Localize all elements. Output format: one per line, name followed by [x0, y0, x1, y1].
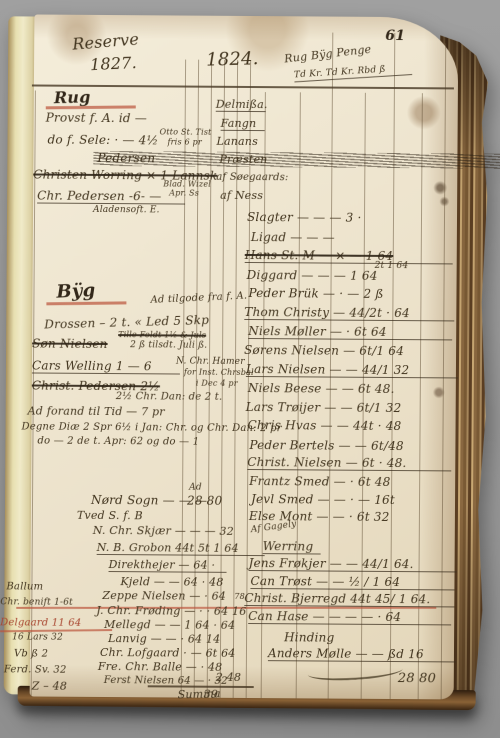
handwriting-entry: Lanvig — — · 64 14: [108, 633, 220, 646]
handwriting-entry: Anders Mølle — — ßd 16: [268, 647, 456, 662]
handwriting-entry: 1824.: [206, 49, 259, 70]
handwriting-entry: Lanans: [216, 136, 258, 148]
handwriting-entry: Niels Beese — — 6t 48.: [248, 382, 395, 396]
handwriting-entry: Tille Foldt 1½ & Juls: [118, 331, 206, 340]
handwriting-entry: Ad forand til Tid — 7 pr: [28, 405, 165, 418]
handwriting-entry: Jens Frøkjer — — 44/1 64.: [249, 557, 457, 573]
handwriting-entry: J. Chr. Frøding — · · 64 16: [96, 605, 246, 618]
handwriting-entry: 28 80: [398, 672, 436, 687]
handwriting-entry: 2t 1 64: [375, 262, 409, 272]
handwriting-entry: Can Trøst — — ½ / 1 64: [250, 575, 454, 591]
handwriting-entry: Otto St. Tist: [160, 128, 212, 137]
handwriting-entry: Lars Nielsen — — 44/1 32: [246, 363, 458, 379]
handwriting-entry: Slagter — — — 3 ·: [247, 211, 362, 225]
handwriting-layer: Reserve1827.1824.Rug Bÿg PengeTd Kr. Td …: [0, 0, 500, 738]
handwriting-entry: Søn Nielsen: [32, 337, 108, 351]
handwriting-entry: Niels Møller — · 6t 64: [248, 325, 452, 341]
handwriting-entry: Hans St. M — × — 1 64: [245, 249, 453, 265]
handwriting-entry: i Dec 4 pr: [196, 380, 238, 389]
handwriting-entry: Delgaard 11 64: [0, 617, 81, 629]
handwriting-entry: Rug: [54, 88, 91, 107]
handwriting-entry: Delmißa.: [216, 99, 266, 112]
handwriting-entry: Peder Brük — · — 2 ß: [248, 287, 383, 301]
handwriting-entry: 2½ Chr. Dan: de 2 t.: [116, 391, 223, 403]
handwriting-entry: do f. Sele: · — 4½: [47, 134, 158, 148]
handwriting-entry: Chr. benift 1-6t: [0, 598, 73, 608]
handwriting-entry: 2 ß tilsdt. Juli ß.: [130, 341, 207, 351]
handwriting-entry: N. Chr. Hamer: [176, 357, 245, 367]
handwriting-entry: Rug Bÿg Penge: [284, 44, 372, 66]
handwriting-entry: Ligad — — —: [251, 231, 335, 245]
handwriting-entry: 2 48: [216, 672, 241, 684]
ledger-book: Reserve1827.1824.Rug Bÿg PengeTd Kr. Td …: [4, 10, 495, 713]
handwriting-entry: Ballum: [6, 581, 43, 592]
handwriting-entry: Direkthejer — 64 ·: [109, 559, 227, 573]
handwriting-entry: Tved S. f. B: [77, 510, 143, 523]
handwriting-entry: do — 2 de t. Apr: 62 og do — 1: [37, 436, 199, 448]
handwriting-entry: Ferst Nielsen 64 — · 32: [104, 675, 228, 687]
handwriting-entry: Peder Bertels — — 6t/48: [249, 439, 403, 453]
handwriting-entry: Bÿg: [56, 281, 96, 303]
handwriting-entry: Jevl Smed — — · — 16t: [251, 493, 395, 507]
handwriting-entry: Chris Hvas — — 44t · 48: [248, 419, 402, 433]
handwriting-entry: Can Hase — — — — · 64: [248, 610, 451, 626]
handwriting-entry: Frantz Smed — · 6t 48: [249, 475, 390, 489]
handwriting-entry: Christ. Bjerregd 44t 45/ 1 64.: [244, 592, 454, 608]
handwriting-entry: Fangn: [221, 118, 265, 131]
handwriting-entry: Cars Welling 1 — 6: [32, 359, 180, 374]
handwriting-entry: Diggard — — — 1 64: [247, 269, 378, 283]
handwriting-entry: N. B. Grobon 44t 5t 1 64: [97, 542, 265, 556]
handwriting-entry: Præsten: [219, 154, 267, 166]
handwriting-entry: Hinding: [284, 631, 334, 645]
handwriting-entry: Pedersen: [97, 152, 500, 169]
handwriting-entry: N. Chr. Skjær — — — 32: [93, 525, 234, 538]
handwriting-entry: Mellegd — — 1 64 · 64: [104, 619, 235, 632]
handwriting-entry: Reserve: [72, 30, 140, 53]
handwriting-entry: Vb ß 2: [14, 648, 48, 659]
handwriting-entry: Ad: [189, 484, 202, 494]
ink-rule-line: [32, 84, 454, 89]
handwriting-entry: Drossen – 2 t. « Led 5 Skp: [44, 314, 209, 332]
handwriting-entry: Aladensoft. E.: [93, 206, 160, 216]
handwriting-entry: 1827.: [90, 54, 138, 74]
handwriting-entry: Sørens Nielsen — 6t/1 64: [244, 344, 404, 358]
handwriting-entry: 16 Lars 32: [12, 633, 63, 643]
handwriting-entry: Lars Trøijer — — 6t/1 32: [246, 401, 402, 415]
handwriting-entry: 61: [385, 29, 405, 45]
handwriting-entry: 28 80: [187, 495, 222, 508]
handwriting-entry: Provst f. A. id —: [46, 112, 147, 126]
handwriting-entry: Z – 48: [32, 680, 67, 692]
handwriting-entry: 39: [204, 689, 218, 701]
handwriting-entry: Degne Diæ 2 Spr 6½ i Jan: Chr. og Chr. D…: [22, 421, 282, 434]
handwriting-entry: for Inst. Chrsbal: [184, 369, 254, 378]
handwriting-entry: Else Mont — — · 6t 32: [249, 510, 390, 524]
handwriting-entry: Ad tilgode fra f. A.: [150, 290, 247, 305]
handwriting-entry: Kjeld — — 64 · 48: [120, 576, 223, 589]
handwriting-entry: af Søegaards:: [216, 172, 288, 184]
handwriting-entry: fris 6 pr: [167, 138, 201, 147]
handwriting-entry: Christ. Nielsen — 6t · 48.: [247, 456, 451, 472]
handwriting-entry: Chr. Lofgaard · — 6t 64: [100, 647, 236, 660]
handwriting-entry: Werring: [263, 540, 321, 555]
handwriting-entry: Chr. Pedersen -6- —: [37, 190, 185, 205]
handwriting-entry: Zeppe Nielsen — · 64: [102, 590, 226, 603]
handwriting-entry: Fre. Chr. Balle — · 48: [98, 661, 223, 674]
ledger-photo-scene: Reserve1827.1824.Rug Bÿg PengeTd Kr. Td …: [0, 0, 500, 738]
handwriting-entry: af Ness: [220, 190, 263, 202]
handwriting-entry: Thom Christy — 44/2t · 64: [244, 306, 454, 322]
handwriting-entry: Ferd. Sv. 32: [4, 664, 67, 675]
